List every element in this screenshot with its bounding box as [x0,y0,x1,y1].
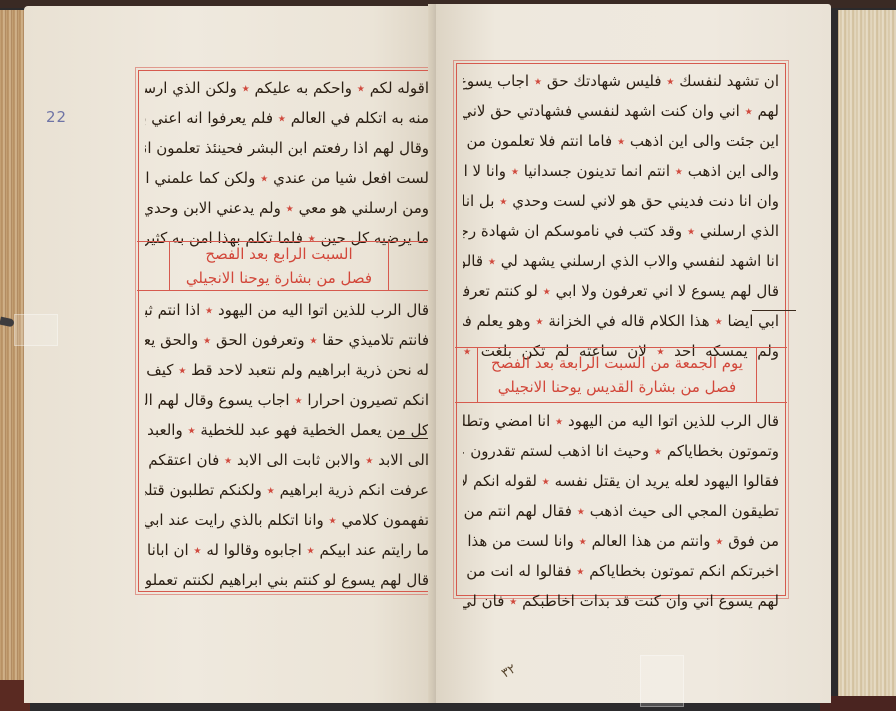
verse-stop-dot: ٭ [357,79,365,97]
right-rubric-band: يوم الجمعة من السبت الرابعة بعد الفصح فص… [455,347,787,403]
text-line: الذي ارسلني ٭ وقد كتب في ناموسكم ان شهاد… [463,216,779,246]
verse-stop-dot: ٭ [617,132,625,150]
verse-stop-dot: ٭ [511,162,519,180]
text-line: انا اشهد لنفسي والاب الذي ارسلني يشهد لي… [463,246,779,276]
text-line: ان تشهد لنفسك ٭ فليس شهادتك حق ٭ اجاب يس… [463,66,779,96]
pencil-folio-number: 22 [46,108,67,126]
text-line: ما رايتم عند ابيكم ٭ اجابوه وقالوا له ٭ … [145,535,429,565]
text-line: تفهمون كلامي ٭ وانا اتكلم بالذي رايت عند… [145,505,429,535]
text-line: اقوله لكم ٭ واحكم به عليكم ٭ ولكن الذي ا… [145,73,429,103]
text-line: لهم يسوع اني وان كنت قد بدات اخاطبكم ٭ ف… [463,586,779,616]
verse-stop-dot: ٭ [187,421,195,439]
rubric-title: السبت الرابع بعد الفصح [205,242,352,266]
marginal-reading-mark [752,310,796,311]
right-top-text-block: ان تشهد لنفسك ٭ فليس شهادتك حق ٭ اجاب يس… [463,66,779,366]
verse-stop-dot: ٭ [224,451,232,469]
left-bottom-text-block: قال الرب للذين اتوا اليه من اليهود ٭ اذا… [145,295,429,595]
verse-stop-dot: ٭ [309,331,317,349]
verse-stop-dot: ٭ [715,312,723,330]
verse-stop-dot: ٭ [488,252,496,270]
verse-stop-dot: ٭ [365,451,373,469]
text-line: فقالوا اليهود لعله يريد ان يقتل نفسه ٭ ل… [463,466,779,496]
left-rubric-box: السبت الرابع بعد الفصح فصل من بشارة يوحن… [169,242,389,290]
verse-stop-dot: ٭ [543,282,551,300]
text-line: قال الرب للذين اتوا اليه من اليهود ٭ انا… [463,406,779,436]
left-fore-edge [0,10,27,700]
verse-stop-dot: ٭ [267,481,275,499]
verse-stop-dot: ٭ [294,391,302,409]
left-top-text-block: اقوله لكم ٭ واحكم به عليكم ٭ ولكن الذي ا… [145,73,429,253]
verse-stop-dot: ٭ [205,301,213,319]
verse-stop-dot: ٭ [577,502,585,520]
text-line: الى الابد ٭ والابن ثابت الى الابد ٭ فان … [145,445,429,475]
verse-stop-dot: ٭ [509,592,517,610]
verse-stop-dot: ٭ [666,72,674,90]
verse-stop-dot: ٭ [260,169,268,187]
text-line: ابي ايضا ٭ هذا الكلام قاله في الخزانة ٭ … [463,306,779,336]
text-line: قال لهم يسوع لو كنتم بني ابراهيم لكنتم ت… [145,565,429,595]
text-line: وقال لهم اذا رفعتم ابن البشر فحينئذ تعلم… [145,133,429,163]
text-line: والى اين اذهب ٭ انتم انما تدينون جسدانيا… [463,156,779,186]
rubric-title: يوم الجمعة من السبت الرابعة بعد الفصح [491,351,743,375]
right-fore-edge [838,10,896,698]
verse-stop-dot: ٭ [203,331,211,349]
verse-stop-dot: ٭ [542,472,550,490]
verse-stop-dot: ٭ [178,361,186,379]
verse-stop-dot: ٭ [715,532,723,550]
rubric-subtitle: فصل من بشارة القديس يوحنا الانجيلي [498,375,736,399]
text-line: منه به اتكلم في العالم ٭ فلم يعرفوا انه … [145,103,429,133]
right-rubric-box: يوم الجمعة من السبت الرابعة بعد الفصح فص… [477,348,757,402]
right-binding-corner [820,696,896,711]
verse-stop-dot: ٭ [534,72,542,90]
verse-stop-dot: ٭ [745,102,753,120]
text-line: لست افعل شيا من عندي ٭ ولكن كما علمني اب… [145,163,429,193]
tape-strip [640,655,684,707]
verse-stop-dot: ٭ [654,442,662,460]
text-line: عرفت انكم ذرية ابراهيم ٭ ولكنكم تطلبون ق… [145,475,429,505]
left-text-frame: اقوله لكم ٭ واحكم به عليكم ٭ ولكن الذي ا… [138,70,436,592]
text-line: فانتم تلاميذي حقا ٭ وتعرفون الحق ٭ والحق… [145,325,429,355]
text-line: لهم ٭ اني وان كنت اشهد لنفسي فشهادتي حق … [463,96,779,126]
verse-stop-dot: ٭ [329,511,337,529]
text-line: له نحن ذرية ابراهيم ولم نتعبد لاحد قط ٭ … [145,355,429,385]
text-line: اخبرتكم انكم تموتون بخطاياكم ٭ فقالوا له… [463,556,779,586]
text-line: من فوق ٭ وانتم من هذا العالم ٭ وانا لست … [463,526,779,556]
rubric-subtitle: فصل من بشارة يوحنا الانجيلي [186,266,372,290]
text-line: وان انا دنت فديني حق هو لاني لست وحدي ٭ … [463,186,779,216]
verse-stop-dot: ٭ [307,541,315,559]
verse-stop-dot: ٭ [555,412,563,430]
text-line: انكم تصيرون احرارا ٭ اجاب يسوع وقال لهم … [145,385,429,415]
text-line: قال الرب للذين اتوا اليه من اليهود ٭ اذا… [145,295,429,325]
verse-stop-dot: ٭ [242,79,250,97]
text-line: اين جئت والى اين اذهب ٭ فاما انتم فلا تع… [463,126,779,156]
right-text-frame: ان تشهد لنفسك ٭ فليس شهادتك حق ٭ اجاب يس… [456,63,786,596]
verse-stop-dot: ٭ [499,192,507,210]
tape-strip [14,314,58,346]
text-line: كل من يعمل الخطية فهو عبد للخطية ٭ والعب… [145,415,429,445]
verse-stop-dot: ٭ [286,199,294,217]
verse-stop-dot: ٭ [278,109,286,127]
left-rubric-band: السبت الرابع بعد الفصح فصل من بشارة يوحن… [137,241,437,291]
verse-stop-dot: ٭ [687,222,695,240]
right-bottom-text-block: قال الرب للذين اتوا اليه من اليهود ٭ انا… [463,406,779,616]
verse-stop-dot: ٭ [675,162,683,180]
verse-stop-dot: ٭ [579,532,587,550]
text-line: وتموتون بخطاياكم ٭ وحيث انا اذهب لستم تق… [463,436,779,466]
verse-stop-dot: ٭ [576,562,584,580]
text-line: قال لهم يسوع لا اني تعرفون ولا ابي ٭ لو … [463,276,779,306]
text-line: تطيقون المجي الى حيث اذهب ٭ فقال لهم انت… [463,496,779,526]
text-line: ومن ارسلني هو معي ٭ ولم يدعني الابن وحدي… [145,193,429,223]
open-manuscript: 22 اقوله لكم ٭ واحكم به عليكم ٭ ولكن الذ… [0,0,896,711]
verse-stop-dot: ٭ [193,541,201,559]
verse-stop-dot: ٭ [535,312,543,330]
